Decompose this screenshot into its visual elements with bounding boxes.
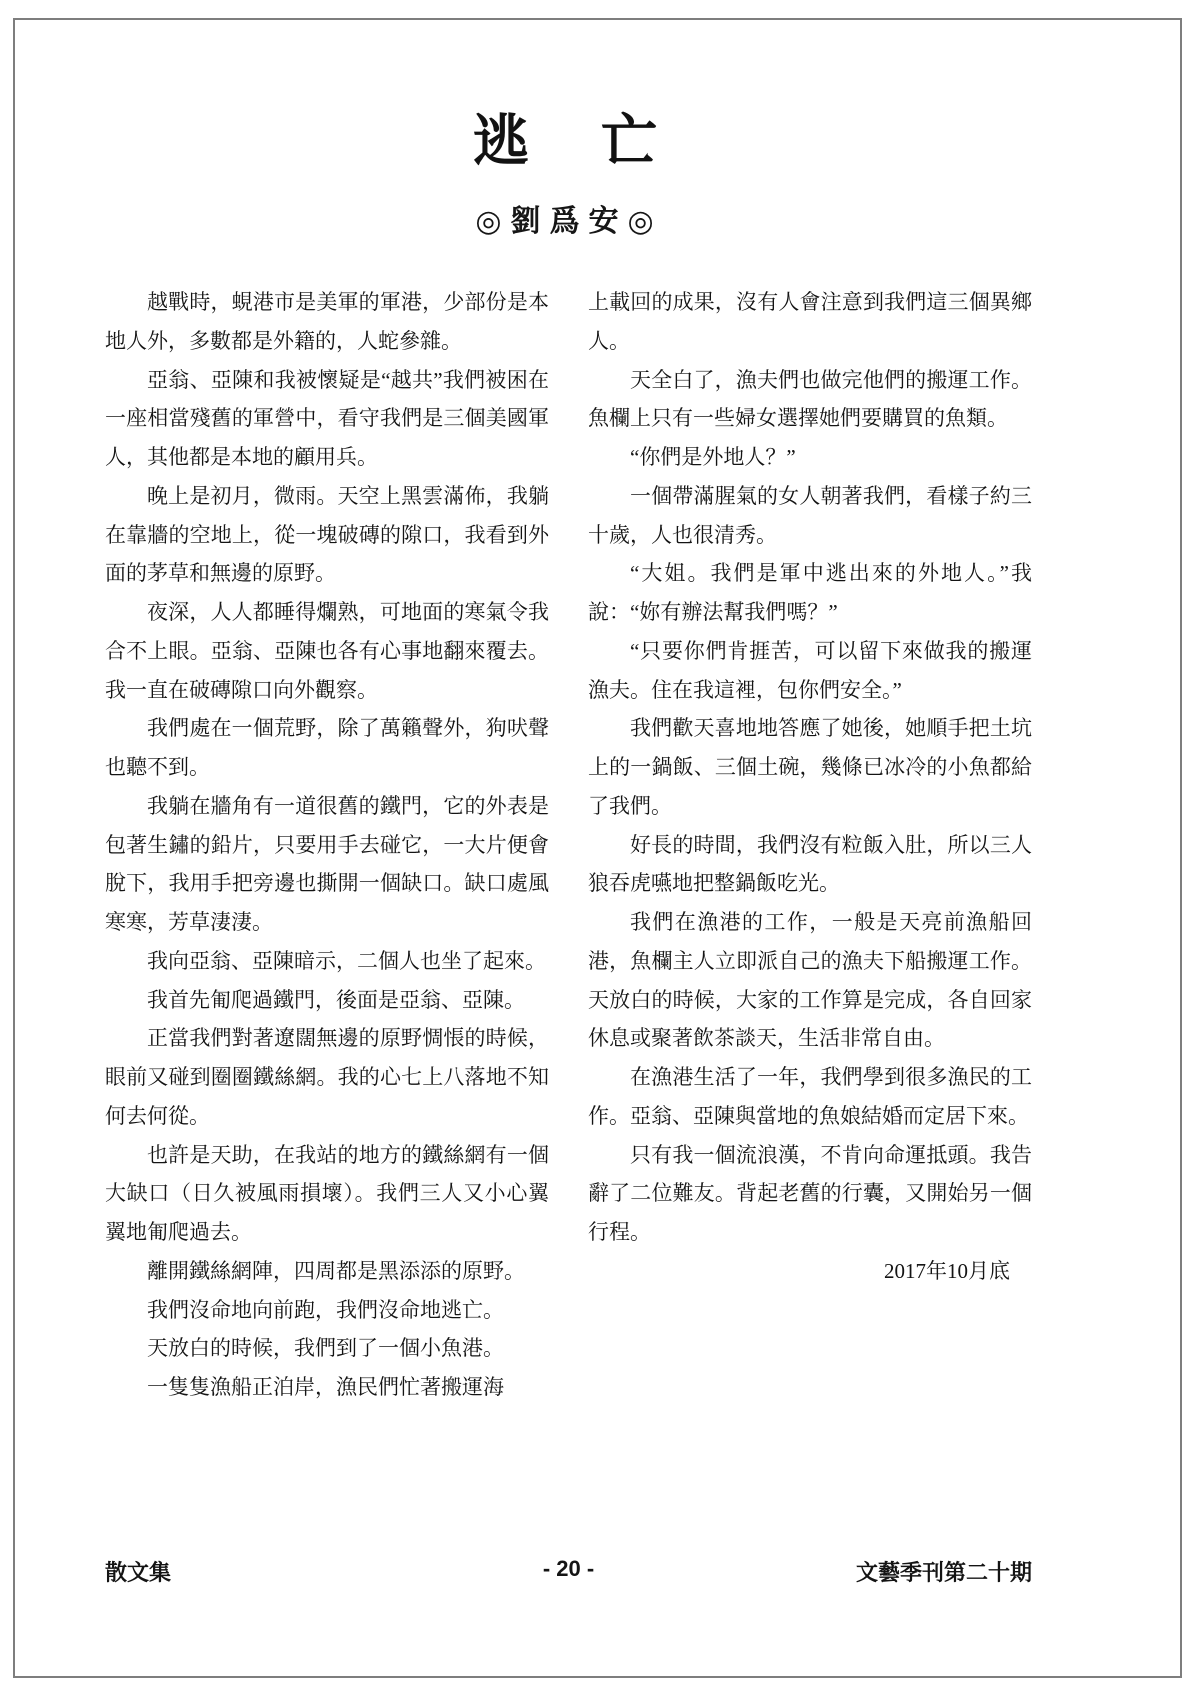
paragraph: 我首先匍爬過鐵門，後面是亞翁、亞陳。	[105, 981, 549, 1020]
paragraph: 天放白的時候，我們到了一個小魚港。	[105, 1329, 549, 1368]
paragraph: 只有我一個流浪漢，不肯向命運抵頭。我告辭了二位難友。背起老舊的行囊，又開始另一個…	[588, 1136, 1032, 1252]
text-column-right-paragraphs: 上載回的成果，沒有人會注意到我們這三個異鄉人。天全白了，漁夫們也做完他們的搬運工…	[588, 283, 1032, 1252]
footer-journal-label: 文藝季刊第二十期	[856, 1556, 1032, 1587]
paragraph: 我們歡天喜地地答應了她後，她順手把土坑上的一鍋飯、三個土碗，幾條已冰冷的小魚都給…	[588, 709, 1032, 825]
paragraph: 越戰時，蜆港市是美軍的軍港，少部份是本地人外，多數都是外籍的，人蛇參雜。	[105, 283, 549, 361]
footer-section-label: 散文集	[105, 1556, 171, 1587]
paragraph: 好長的時間，我們沒有粒飯入肚，所以三人狼吞虎嚥地把整鍋飯吃光。	[588, 826, 1032, 904]
paragraph: 我們在漁港的工作，一般是天亮前漁船回港，魚欄主人立即派自己的漁夫下船搬運工作。天…	[588, 903, 1032, 1058]
article-author: ◎劉爲安◎	[105, 196, 1033, 240]
paragraph: 正當我們對著遼闊無邊的原野惆悵的時候，眼前又碰到圈圈鐵絲網。我的心七上八落地不知…	[105, 1019, 549, 1135]
text-column-right: 上載回的成果，沒有人會注意到我們這三個異鄉人。天全白了，漁夫們也做完他們的搬運工…	[588, 283, 1032, 1291]
paragraph: “你們是外地人？”	[588, 438, 1032, 477]
article-title: 逃 亡	[105, 112, 1033, 174]
text-column-left: 越戰時，蜆港市是美軍的軍港，少部份是本地人外，多數都是外籍的，人蛇參雜。亞翁、亞…	[105, 283, 549, 1407]
paragraph: 我向亞翁、亞陳暗示，二個人也坐了起來。	[105, 942, 549, 981]
document-page: 逃 亡 ◎劉爲安◎ 越戰時，蜆港市是美軍的軍港，少部份是本地人外，多數都是外籍的…	[0, 0, 1200, 1697]
paragraph: 亞翁、亞陳和我被懷疑是“越共”我們被困在一座相當殘舊的軍營中，看守我們是三個美國…	[105, 361, 549, 477]
paragraph: 天全白了，漁夫們也做完他們的搬運工作。魚欄上只有一些婦女選擇她們要購買的魚類。	[588, 361, 1032, 439]
paragraph: 我躺在牆角有一道很舊的鐵門，它的外表是包著生鏽的鉛片，只要用手去碰它，一大片便會…	[105, 787, 549, 942]
paragraph: 也許是天助，在我站的地方的鐵絲網有一個大缺口（日久被風雨損壞）。我們三人又小心翼…	[105, 1136, 549, 1252]
footer-page-number: - 20 -	[543, 1556, 594, 1582]
paragraph: 我們沒命地向前跑，我們沒命地逃亡。	[105, 1291, 549, 1330]
paragraph: 離開鐵絲網陣，四周都是黑添添的原野。	[105, 1252, 549, 1291]
paragraph: 晚上是初月，微雨。天空上黑雲滿佈，我躺在靠牆的空地上，從一塊破磚的隙口，我看到外…	[105, 477, 549, 593]
paragraph: 在漁港生活了一年，我們學到很多漁民的工作。亞翁、亞陳與當地的魚娘結婚而定居下來。	[588, 1058, 1032, 1136]
paragraph: 我們處在一個荒野，除了萬籟聲外，狗吠聲也聽不到。	[105, 709, 549, 787]
paragraph: 夜深，人人都睡得爛熟，可地面的寒氣令我合不上眼。亞翁、亞陳也各有心事地翻來覆去。…	[105, 593, 549, 709]
paragraph: “只要你們肯捱苦，可以留下來做我的搬運漁夫。住在我這裡，包你們安全。”	[588, 632, 1032, 710]
paragraph: 上載回的成果，沒有人會注意到我們這三個異鄉人。	[588, 283, 1032, 361]
paragraph: “大姐。我們是軍中逃出來的外地人。”我說：“妳有辦法幫我們嗎？”	[588, 554, 1032, 632]
article-header: 逃 亡 ◎劉爲安◎	[105, 112, 1033, 240]
page-footer: 散文集 - 20 - 文藝季刊第二十期	[105, 1556, 1032, 1586]
paragraph: 一個帶滿腥氣的女人朝著我們，看樣子約三十歲，人也很清秀。	[588, 477, 1032, 555]
article-date: 2017年10月底	[588, 1252, 1032, 1291]
paragraph: 一隻隻漁船正泊岸，漁民們忙著搬運海	[105, 1368, 549, 1407]
